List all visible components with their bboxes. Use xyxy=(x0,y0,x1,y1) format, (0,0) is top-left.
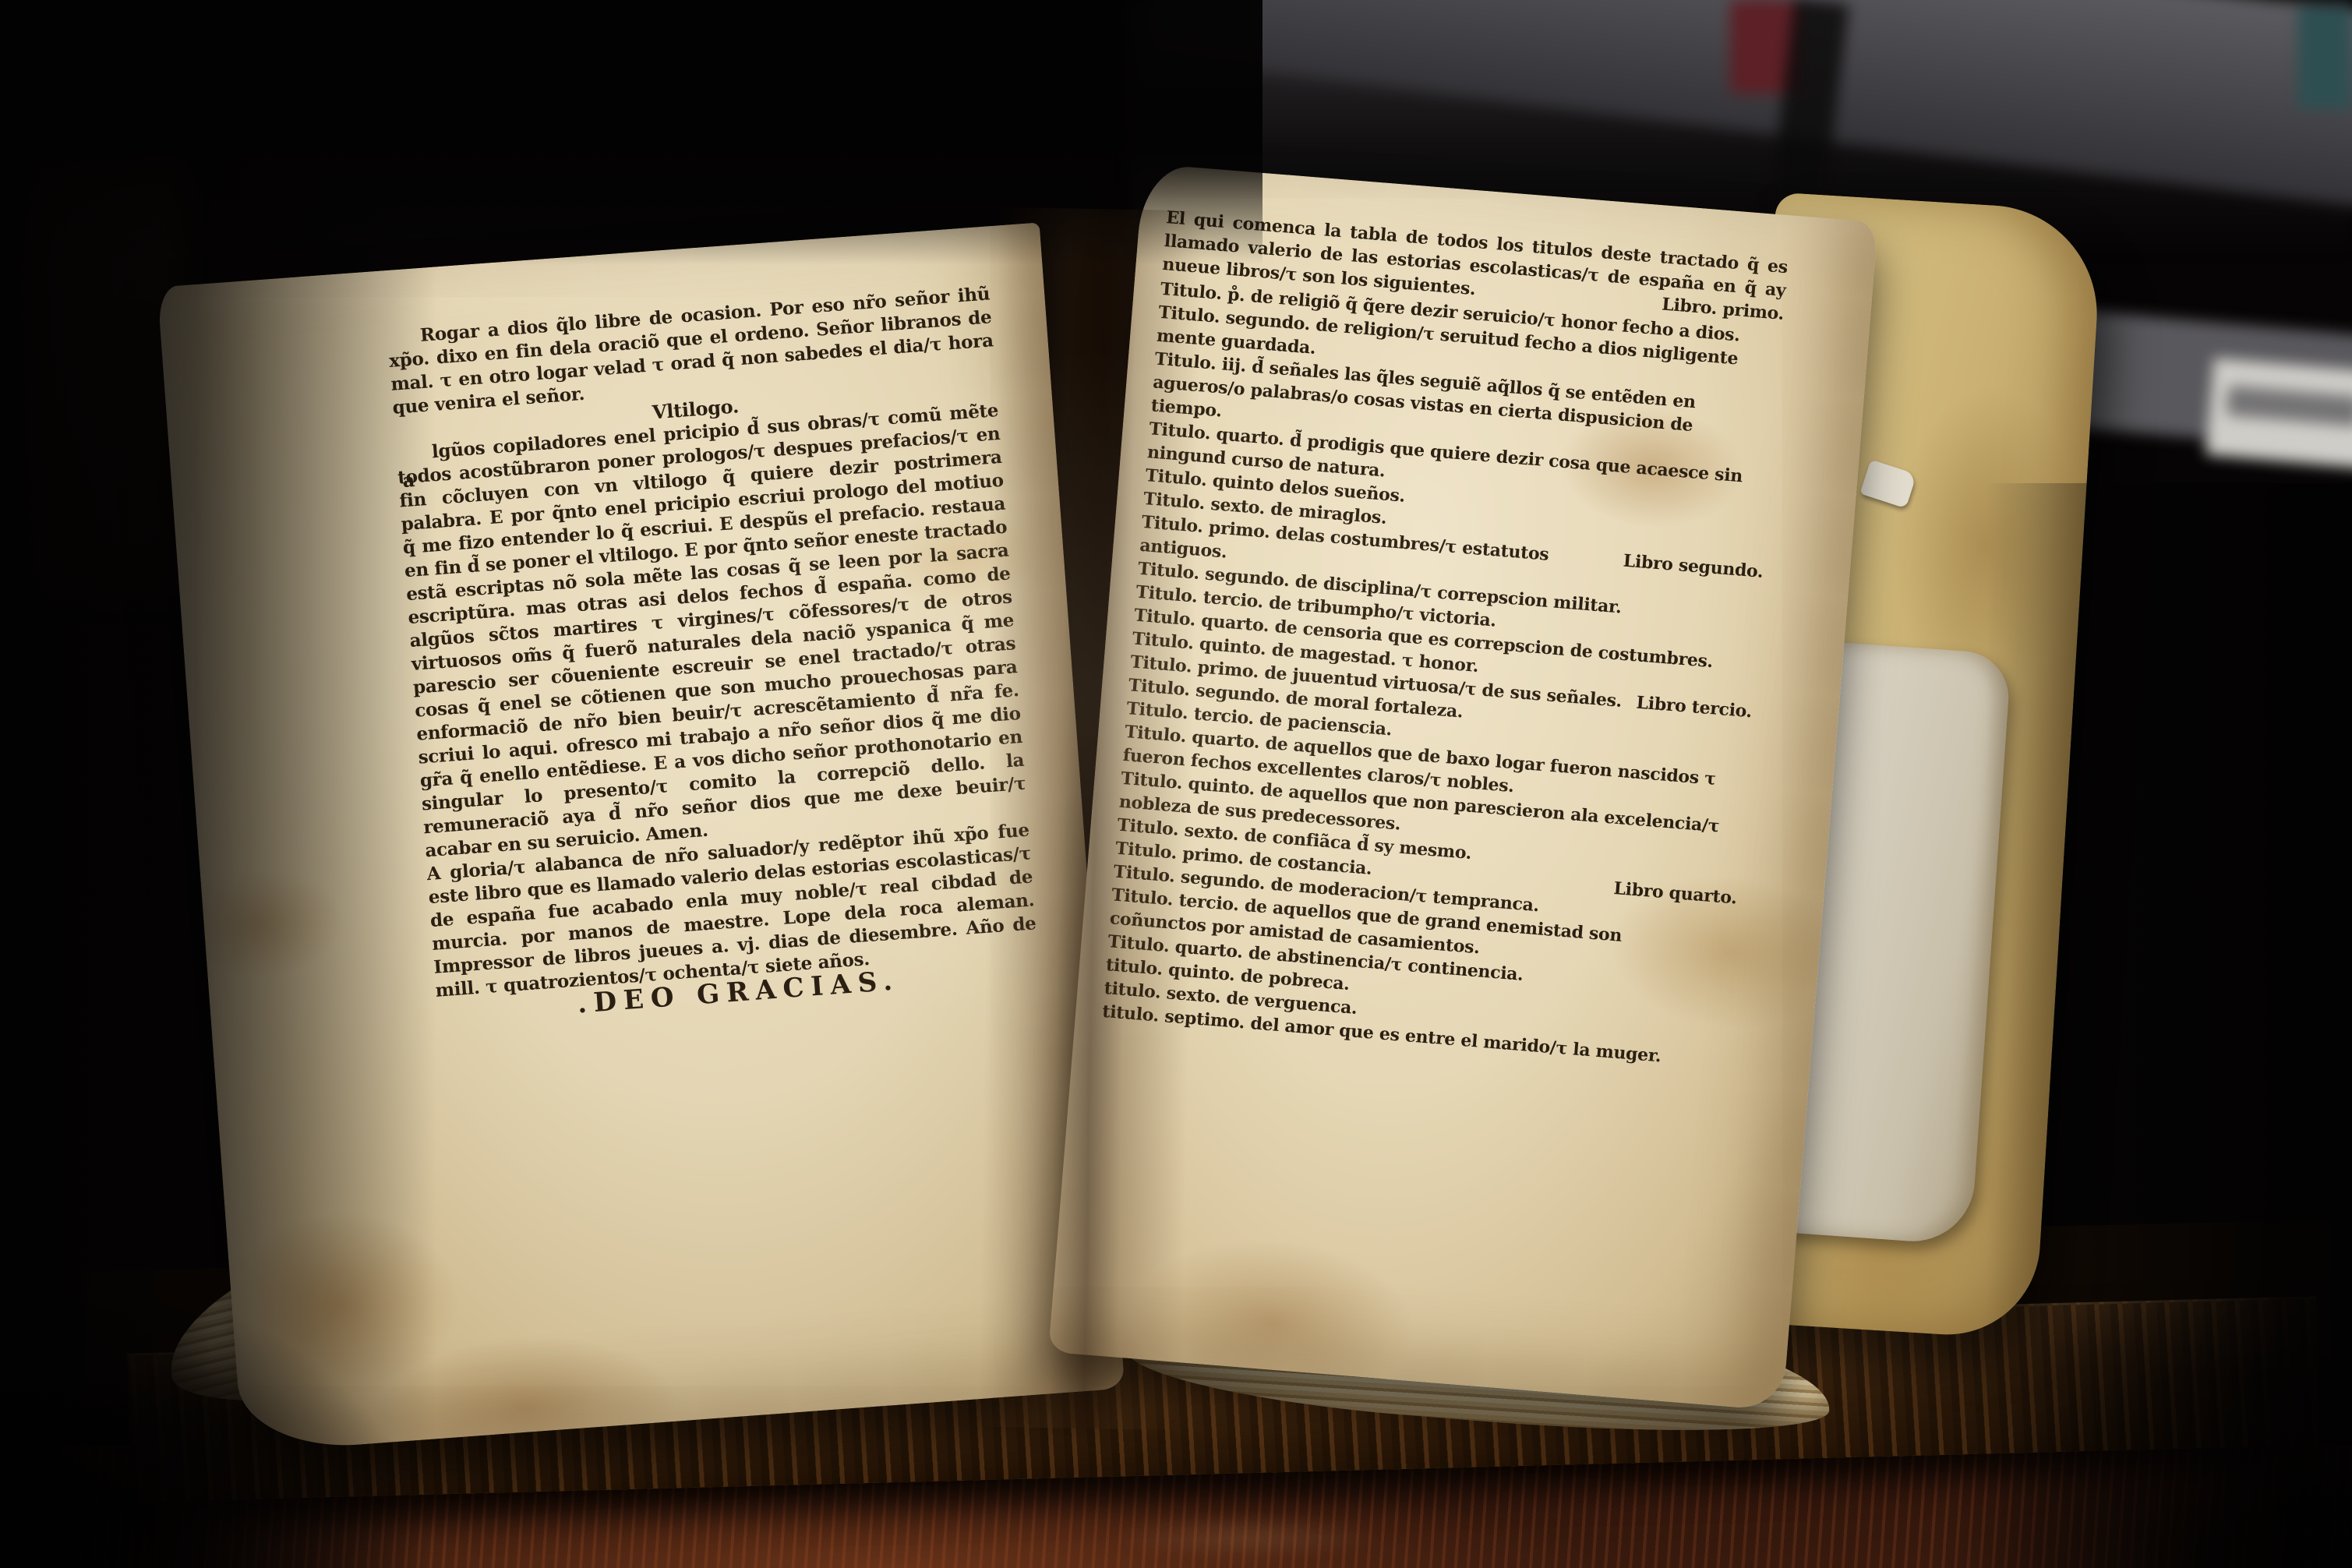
spotlight-glow xyxy=(390,195,1870,1208)
shelf-label-blurred-text xyxy=(2226,386,2352,427)
shadow-bottom-right xyxy=(1651,1256,2352,1568)
shadow-bottom-left xyxy=(0,1163,717,1568)
shelf-object-teal xyxy=(2297,6,2352,109)
shelf-label xyxy=(2205,358,2352,469)
photo-scene: Rogar a dios q̃lo libre de ocasion. Por … xyxy=(0,0,2352,1568)
table-reflection xyxy=(1044,1508,1450,1566)
